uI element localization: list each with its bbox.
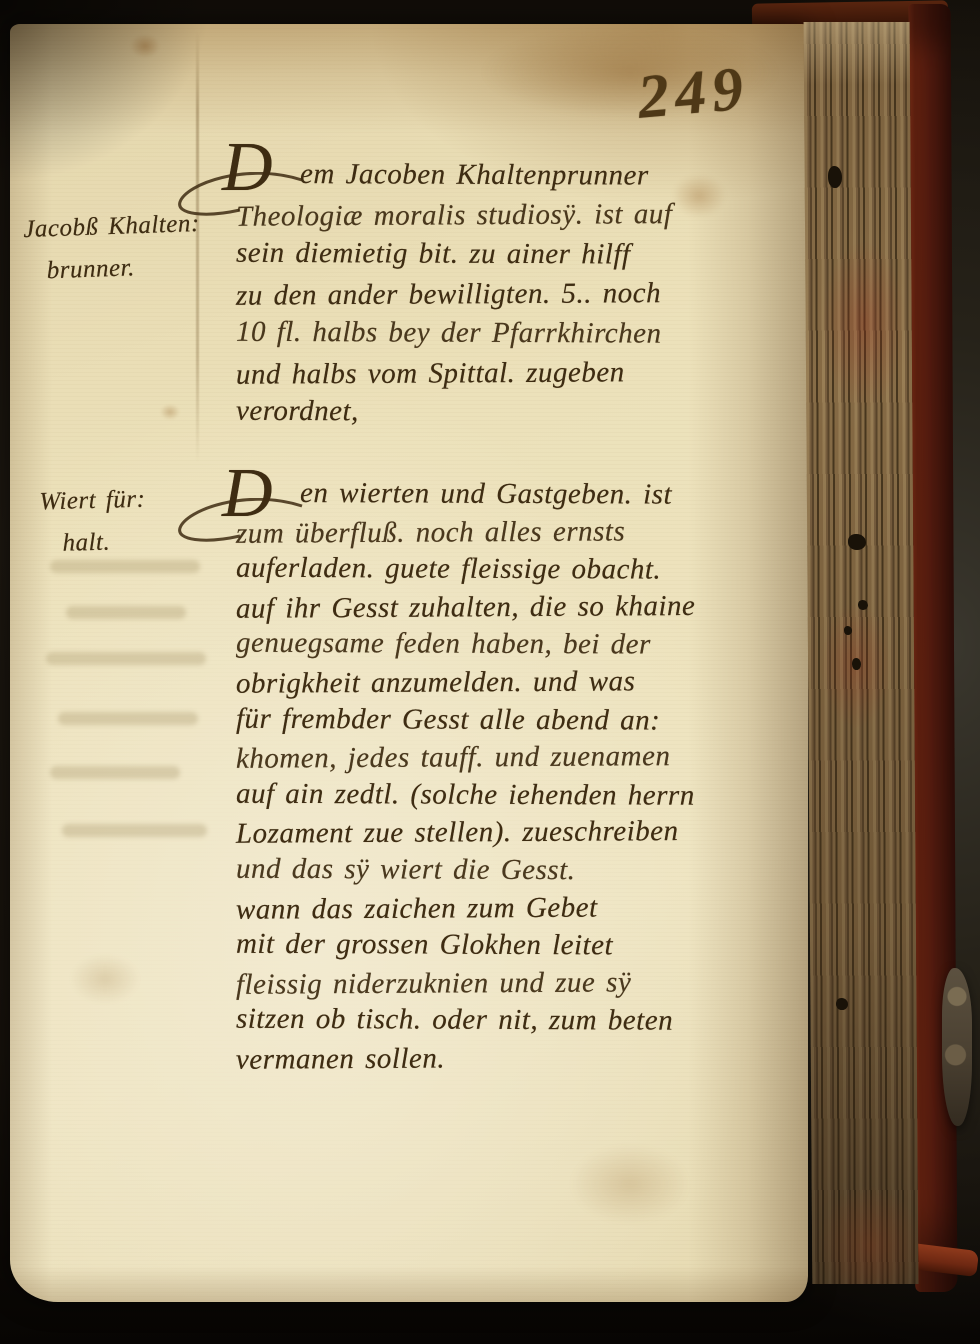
margin-note-wirtsfuerhalt: Wiert für: halt. <box>39 479 147 566</box>
text-line: em Jacoben Khaltenprunner <box>236 155 796 197</box>
edge-speck <box>836 998 848 1010</box>
bleedthrough-text <box>50 766 180 779</box>
margin-note-line: brunner. <box>24 245 202 293</box>
text-line: en wierten und Gastgeben. ist <box>236 475 816 515</box>
text-line: Lozament zue stellen). zueschreiben <box>236 813 816 854</box>
foxing-stain <box>130 34 160 58</box>
margin-note-kaltenbrunner: Jacobß Khalten: brunner. <box>23 203 202 293</box>
text-line: Theologiæ moralis studiosÿ. ist auf <box>236 194 796 237</box>
text-line: für frembder Gesst alle abend an: <box>236 700 816 740</box>
text-line: zum überfluß. noch alles ernsts <box>236 512 816 553</box>
text-line: auf ihr Gesst zuhalten, die so khaine <box>236 587 816 628</box>
text-line: khomen, jedes tauff. und zuenamen <box>236 737 816 778</box>
edge-speck <box>858 600 868 610</box>
book-fore-edge <box>804 22 919 1284</box>
margin-note-line: halt. <box>40 521 147 566</box>
foxing-stain <box>570 1144 690 1224</box>
text-line: mit der grossen Glokhen leitet <box>236 926 816 966</box>
text-line: auf ain zedtl. (solche iehenden herrn <box>236 775 816 815</box>
text-line: und das sÿ wiert die Gesst. <box>236 851 816 891</box>
text-line: wann das zaichen zum Gebet <box>236 888 816 929</box>
bleedthrough-text <box>58 712 198 725</box>
bleedthrough-text <box>46 652 206 665</box>
handwritten-paragraph-2: D en wierten und Gastgeben. ist zum über… <box>236 476 816 1078</box>
bleedthrough-text <box>66 606 186 619</box>
text-line: auferladen. guete fleissige obacht. <box>236 550 816 590</box>
book-clasp-tassel <box>942 968 972 1126</box>
text-line: sein diemietig bit. zu ainer hilff <box>236 234 796 276</box>
edge-speck <box>844 626 852 635</box>
manuscript-page: 249 Jacobß Khalten: brunner. Wiert für: … <box>10 24 808 1302</box>
foxing-stain <box>160 404 180 420</box>
text-line: sitzen ob tisch. oder nit, zum beten <box>236 1001 816 1041</box>
text-line: und halbs vom Spittal. zugeben <box>236 352 796 395</box>
text-line: 10 fl. halbs bey der Pfarrkhirchen <box>236 313 796 355</box>
edge-speck <box>848 534 866 550</box>
bleedthrough-text <box>62 824 207 837</box>
margin-note-line: Wiert für: <box>39 479 146 524</box>
text-line: fleissig niderzuknien und zue sÿ <box>236 963 816 1004</box>
margin-note-line: Jacobß Khalten: <box>23 203 201 251</box>
edge-speck <box>852 658 861 670</box>
text-line: zu den ander bewilligten. 5.. noch <box>236 273 796 316</box>
edge-speck <box>828 166 842 188</box>
foxing-stain <box>70 954 140 1004</box>
text-line: verordnet, <box>236 392 796 434</box>
text-line: obrigkheit anzumelden. und was <box>236 662 816 703</box>
text-line: vermanen sollen. <box>236 1038 816 1079</box>
text-line: genuegsame feden haben, bei der <box>236 625 816 665</box>
page-number: 249 <box>635 53 752 133</box>
handwritten-paragraph-1: D em Jacoben Khaltenprunner Theologiæ mo… <box>236 156 796 433</box>
photo-background: 249 Jacobß Khalten: brunner. Wiert für: … <box>0 0 980 1344</box>
